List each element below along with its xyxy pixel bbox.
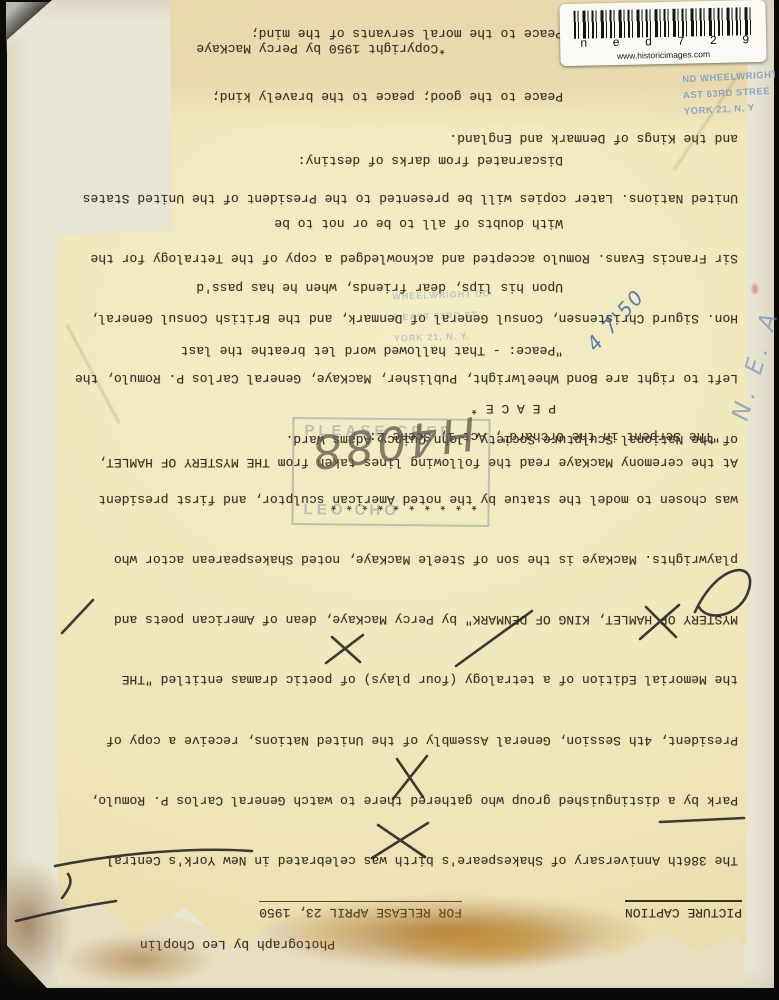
photo-back-scan: WHEELWRIGHT CO. 5 EAST 63RD ST YORK 21, … (0, 0, 779, 1000)
pen-marks (0, 0, 779, 1000)
